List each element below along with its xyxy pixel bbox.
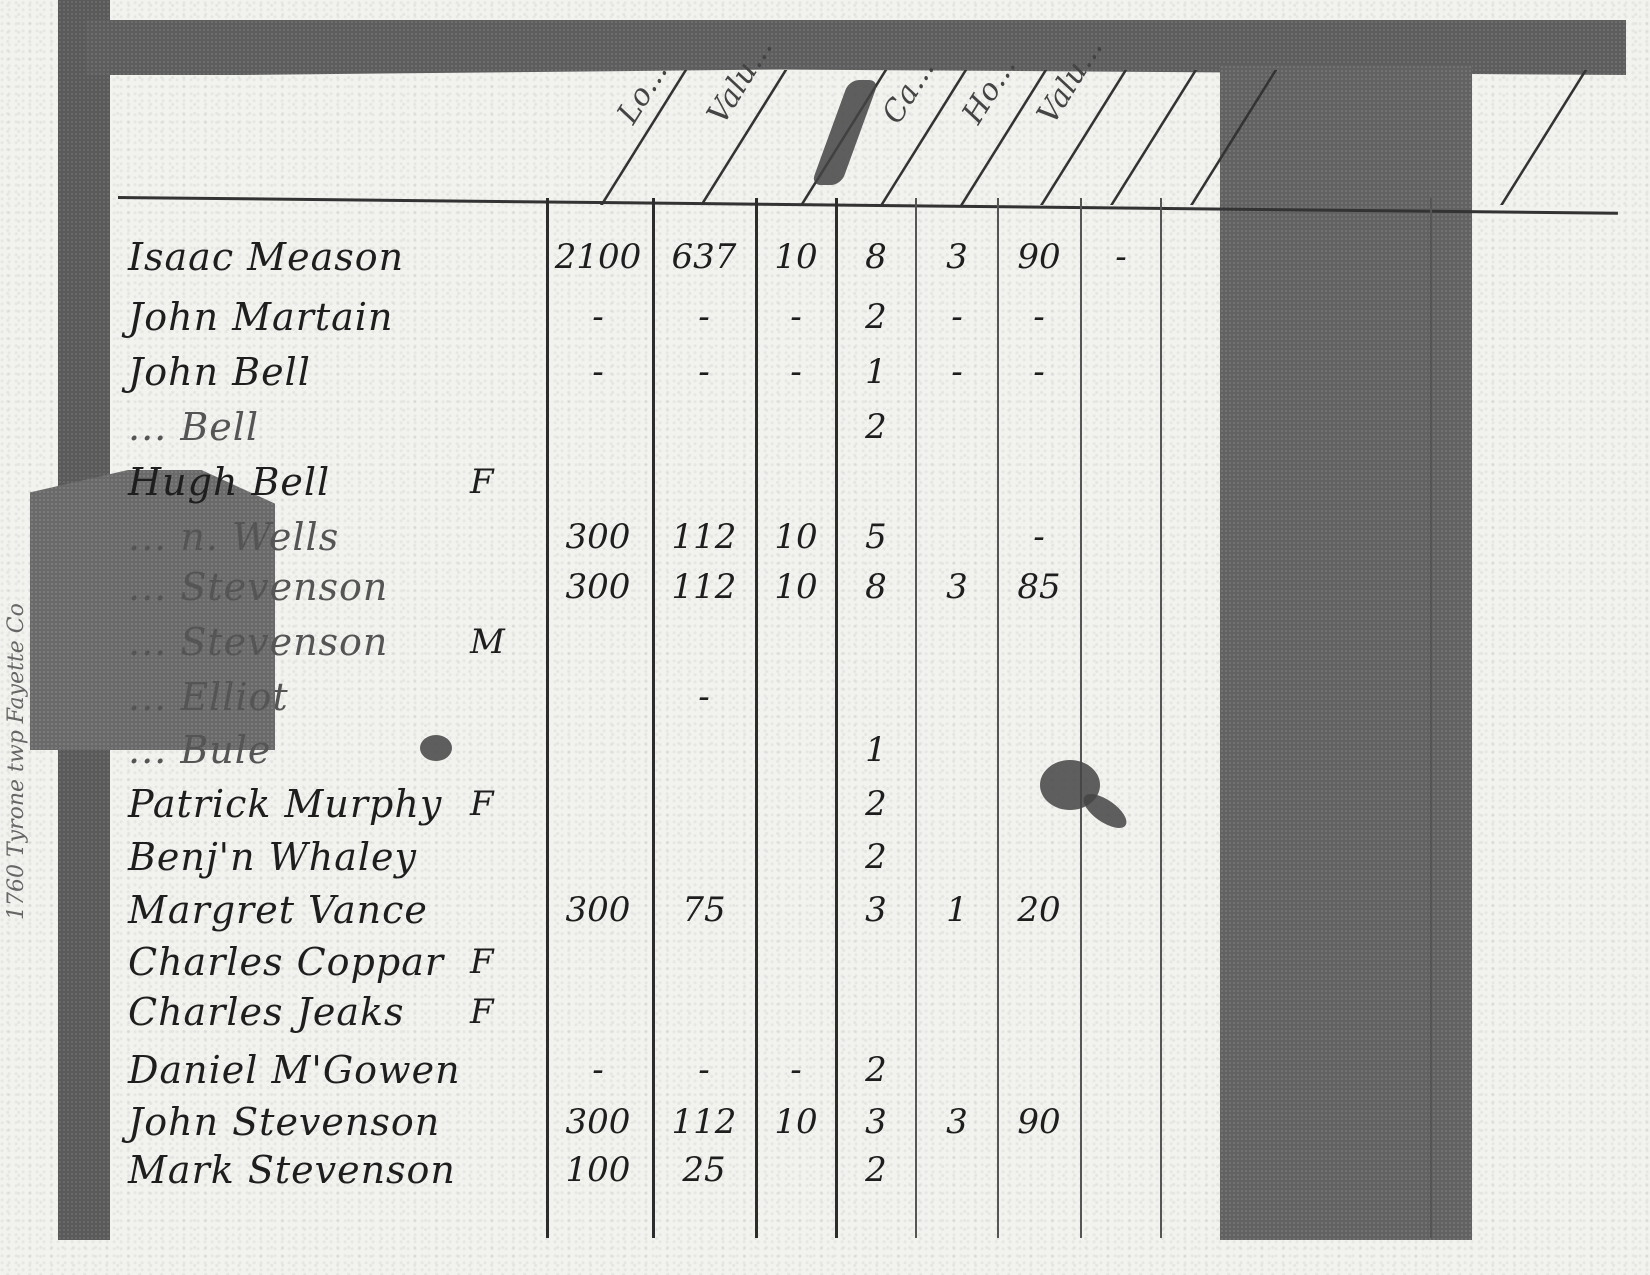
table-row: Charles CopparF [0,940,1650,996]
cell-c4: 5 [838,517,914,557]
taxpayer-name: John Bell [128,350,311,394]
table-row: John Bell---1-- [0,350,1650,406]
cell-c6: 20 [1000,890,1078,930]
table-row: John Martain---2-- [0,295,1650,351]
cell-c5: 1 [918,890,996,930]
cell-c4: 3 [838,890,914,930]
cell-c1: 300 [548,567,648,607]
cell-c1: 100 [548,1150,648,1190]
cell-c2: 112 [655,567,753,607]
taxpayer-name: ... Bell [128,405,259,449]
cell-c5: - [918,297,996,337]
taxpayer-name: Hugh Bell [128,460,330,504]
table-row: Charles JeaksF [0,990,1650,1046]
taxpayer-name: ... Stevenson [128,620,388,664]
cell-c4: 8 [838,237,914,277]
table-row: Hugh BellF [0,460,1650,516]
cell-c4: 3 [838,1102,914,1142]
table-row: Isaac Meason2100637108390- [0,235,1650,291]
cell-c4: 2 [838,297,914,337]
cell-c2: 25 [655,1150,753,1190]
cell-c1: - [548,352,648,392]
taxpayer-name: Isaac Meason [128,235,404,279]
header-divider [1110,70,1197,205]
cell-c7: - [1083,237,1159,277]
taxpayer-name: John Martain [128,295,393,339]
cell-c3: - [758,1050,834,1090]
taxpayer-name: ... Elliot [128,675,289,719]
cell-c2: - [655,297,753,337]
taxpayer-name: ... Stevenson [128,565,388,609]
cell-c6: 85 [1000,567,1078,607]
taxpayer-name: John Stevenson [128,1100,440,1144]
table-row: ... Stevenson300112108385 [0,565,1650,621]
cell-c3: 10 [758,237,834,277]
cell-c1: - [548,297,648,337]
cell-c4: 8 [838,567,914,607]
cell-c2: - [655,1050,753,1090]
cell-c5: 3 [918,237,996,277]
status-mark: F [470,992,494,1032]
status-mark: F [470,784,494,824]
table-row: Margret Vance300753120 [0,888,1650,944]
ledger-page: 1760 Tyrone twp Fayette Co Lo... Valu...… [0,0,1650,1275]
cell-c2: 75 [655,890,753,930]
taxpayer-name: Mark Stevenson [128,1148,456,1192]
cell-c1: - [548,1050,648,1090]
taxpayer-name: Benj'n Whaley [128,835,417,879]
taxpayer-name: Patrick Murphy [128,782,442,826]
cell-c6: 90 [1000,1102,1078,1142]
taxpayer-name: Charles Jeaks [128,990,405,1034]
cell-c6: - [1000,297,1078,337]
cell-c6: - [1000,517,1078,557]
cell-c1: 300 [548,890,648,930]
cell-c4: 2 [838,407,914,447]
header-divider [1500,70,1587,205]
cell-c4: 1 [838,352,914,392]
table-row: ... Bule1 [0,728,1650,784]
cell-c3: - [758,297,834,337]
taxpayer-name: Daniel M'Gowen [128,1048,461,1092]
status-mark: F [470,462,494,502]
cell-c3: 10 [758,517,834,557]
cell-c2: 112 [655,1102,753,1142]
cell-c2: - [655,677,753,717]
cell-c1: 300 [548,517,648,557]
ink-blot [811,80,879,185]
table-row: ... Bell2 [0,405,1650,461]
taxpayer-name: Margret Vance [128,888,428,932]
cell-c2: - [655,352,753,392]
status-mark: M [470,622,505,662]
cell-c1: 300 [548,1102,648,1142]
table-row: ... Elliot- [0,675,1650,731]
cell-c3: 10 [758,1102,834,1142]
cell-c3: 10 [758,567,834,607]
cell-c4: 2 [838,784,914,824]
cell-c4: 2 [838,1150,914,1190]
cell-c4: 1 [838,730,914,770]
cell-c2: 112 [655,517,753,557]
cell-c1: 2100 [548,237,648,277]
table-row: Patrick MurphyF2 [0,782,1650,838]
table-row: Benj'n Whaley2 [0,835,1650,891]
taxpayer-name: ... n. Wells [128,515,339,559]
table-row: ... StevensonM [0,620,1650,676]
cell-c4: 2 [838,837,914,877]
cell-c4: 2 [838,1050,914,1090]
cell-c5: 3 [918,567,996,607]
cell-c2: 637 [655,237,753,277]
cell-c6: 90 [1000,237,1078,277]
table-row: Daniel M'Gowen---2 [0,1048,1650,1104]
cell-c5: - [918,352,996,392]
taxpayer-name: ... Bule [128,728,271,772]
status-mark: F [470,942,494,982]
table-row: Mark Stevenson100252 [0,1148,1650,1204]
taxpayer-name: Charles Coppar [128,940,444,984]
cell-c3: - [758,352,834,392]
table-row: ... n. Wells300112105- [0,515,1650,571]
cell-c6: - [1000,352,1078,392]
cell-c5: 3 [918,1102,996,1142]
